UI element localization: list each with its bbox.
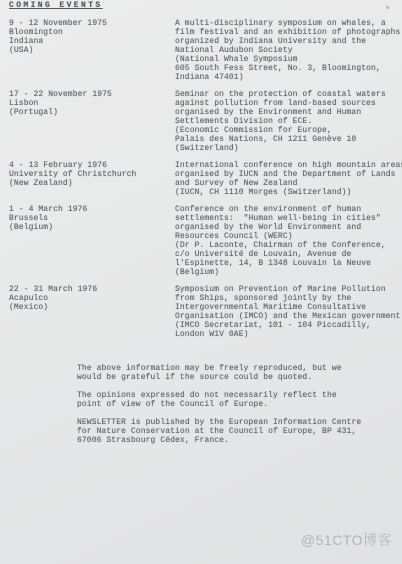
event-description: Conference on the environment of human s… <box>175 205 396 277</box>
footer-note-publisher: NEWSLETTER is published by the European … <box>77 418 396 445</box>
event-row: 4 - 13 February 1976 University of Chris… <box>9 161 396 197</box>
watermark: @51CTO博客 <box>301 530 392 550</box>
event-date-location: 22 - 31 March 1976 Acapulco (Mexico) <box>9 285 175 339</box>
footer-note-opinions: The opinions expressed do not necessaril… <box>77 391 396 409</box>
event-date-location: 1 - 4 March 1976 Brussels (Belgium) <box>9 205 175 277</box>
event-row: 22 - 31 March 1976 Acapulco (Mexico) Sym… <box>9 285 396 339</box>
event-description: Seminar on the protection of coastal wat… <box>175 90 396 153</box>
event-description: Symposium on Prevention of Marine Pollut… <box>175 285 396 339</box>
event-row: 1 - 4 March 1976 Brussels (Belgium) Conf… <box>9 205 396 277</box>
event-description: A multi-disciplinary symposium on whales… <box>175 19 396 82</box>
document-heading: COMING EVENTS <box>9 1 396 10</box>
event-row: 9 - 12 November 1975 Bloomington Indiana… <box>9 19 396 82</box>
event-date-location: 4 - 13 February 1976 University of Chris… <box>9 161 175 197</box>
footer-notes: The above information may be freely repr… <box>9 364 396 445</box>
event-date-location: 9 - 12 November 1975 Bloomington Indiana… <box>9 19 175 82</box>
event-description: International conference on high mountai… <box>175 161 396 197</box>
event-row: 17 - 22 November 1975 Lisbon (Portugal) … <box>9 90 396 153</box>
events-list: 9 - 12 November 1975 Bloomington Indiana… <box>9 19 396 339</box>
event-date-location: 17 - 22 November 1975 Lisbon (Portugal) <box>9 90 175 153</box>
scanned-document-page: COMING EVENTS 9 - 12 November 1975 Bloom… <box>0 0 402 564</box>
scan-artifact-dot <box>386 6 389 9</box>
footer-note-reproduction: The above information may be freely repr… <box>77 364 396 382</box>
